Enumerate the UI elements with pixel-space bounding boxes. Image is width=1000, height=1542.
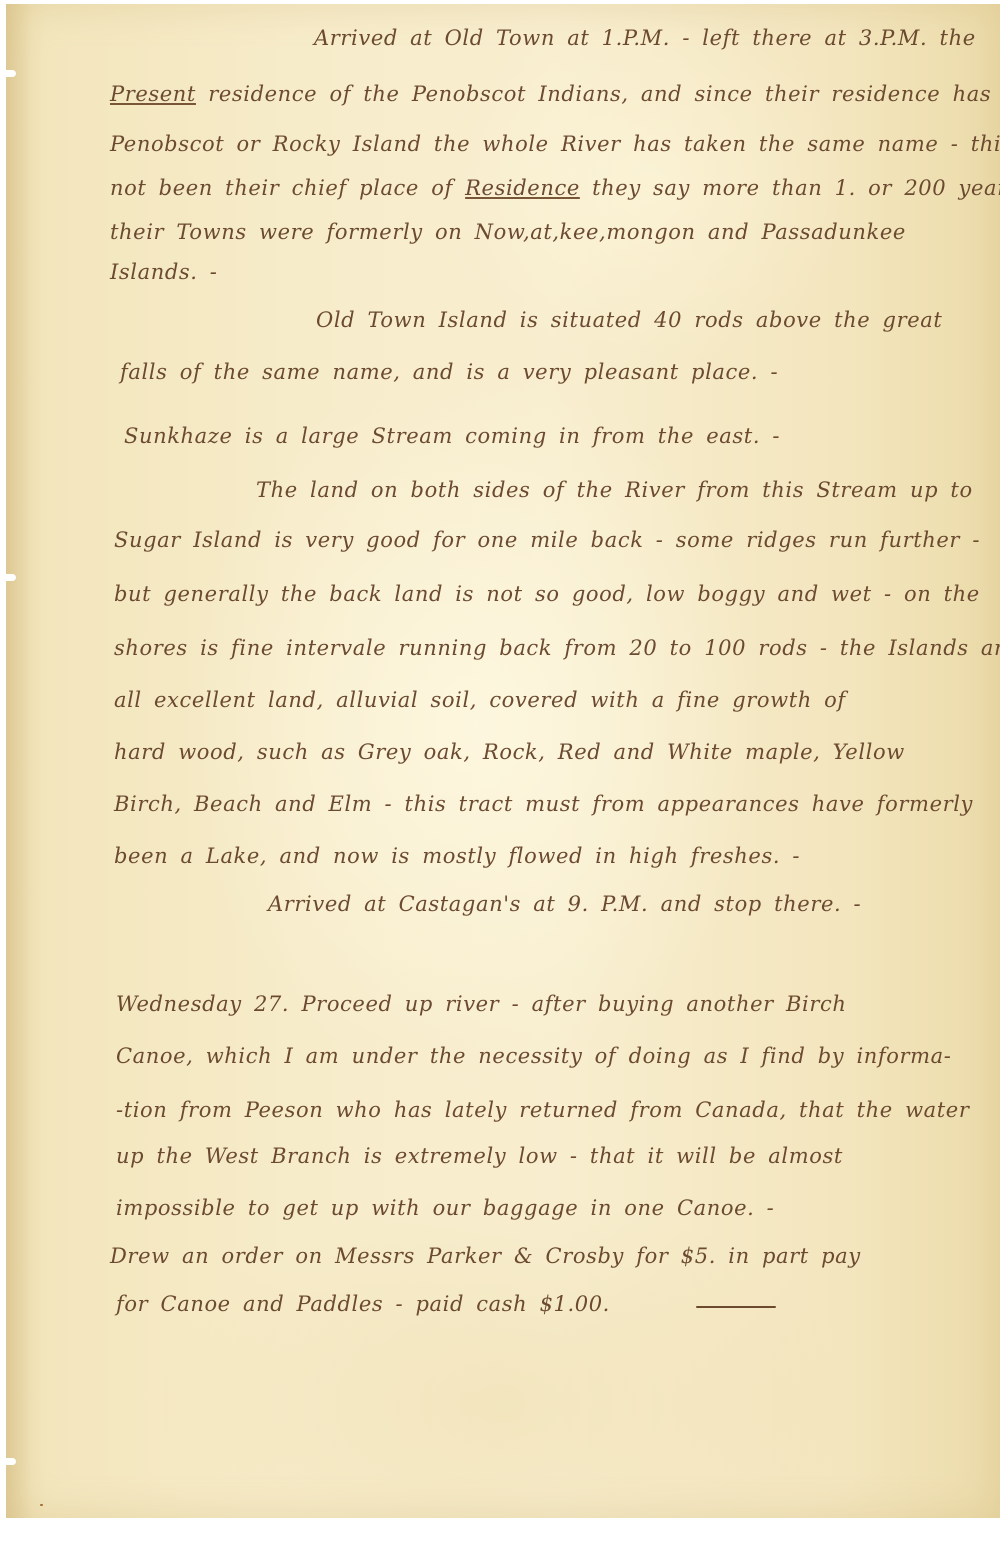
underlined-word: Residence	[465, 176, 580, 200]
underlined-word: Present	[110, 82, 196, 106]
text-line: Canoe, which I am under the necessity of…	[116, 1044, 952, 1068]
text-line: all excellent land, alluvial soil, cover…	[114, 688, 846, 712]
paper-notch	[6, 574, 16, 581]
text-line: Arrived at Old Town at 1.P.M. - left the…	[314, 26, 976, 50]
text-line: been a Lake, and now is mostly flowed in…	[114, 844, 800, 868]
manuscript-page: Arrived at Old Town at 1.P.M. - left the…	[6, 4, 1000, 1518]
paper-notch	[6, 1458, 16, 1465]
text-line: Drew an order on Messrs Parker & Crosby …	[110, 1244, 861, 1268]
text-line: Old Town Island is situated 40 rods abov…	[316, 308, 942, 332]
text-line: Present residence of the Penobscot India…	[110, 82, 1000, 106]
text-line: for Canoe and Paddles - paid cash $1.00.	[116, 1292, 610, 1316]
text-line: Wednesday 27. Proceed up river - after b…	[116, 992, 847, 1016]
text-line: Sunkhaze is a large Stream coming in fro…	[124, 424, 780, 448]
ink-speck	[40, 1504, 43, 1506]
text-line: not been their chief place of Residence …	[110, 176, 1000, 200]
text-line: Birch, Beach and Elm - this tract must f…	[114, 792, 973, 816]
text-line: but generally the back land is not so go…	[114, 582, 980, 606]
text-line: Penobscot or Rocky Island the whole Rive…	[110, 132, 1000, 156]
text-line: hard wood, such as Grey oak, Rock, Red a…	[114, 740, 905, 764]
text-line: -tion from Peeson who has lately returne…	[116, 1098, 969, 1122]
text-line: Sugar Island is very good for one mile b…	[114, 528, 980, 552]
text-line: Islands. -	[110, 260, 218, 284]
text-line: The land on both sides of the River from…	[256, 478, 973, 502]
text-line: shores is fine intervale running back fr…	[114, 636, 1000, 660]
text-line: up the West Branch is extremely low - th…	[116, 1144, 843, 1168]
paper-notch	[6, 70, 16, 77]
text-line: impossible to get up with our baggage in…	[116, 1196, 774, 1220]
text-line: their Towns were formerly on Now,at,kee,…	[110, 220, 906, 244]
text-line: falls of the same name, and is a very pl…	[120, 360, 778, 384]
text-line: Arrived at Castagan's at 9. P.M. and sto…	[268, 892, 861, 916]
closing-flourish	[696, 1306, 776, 1308]
